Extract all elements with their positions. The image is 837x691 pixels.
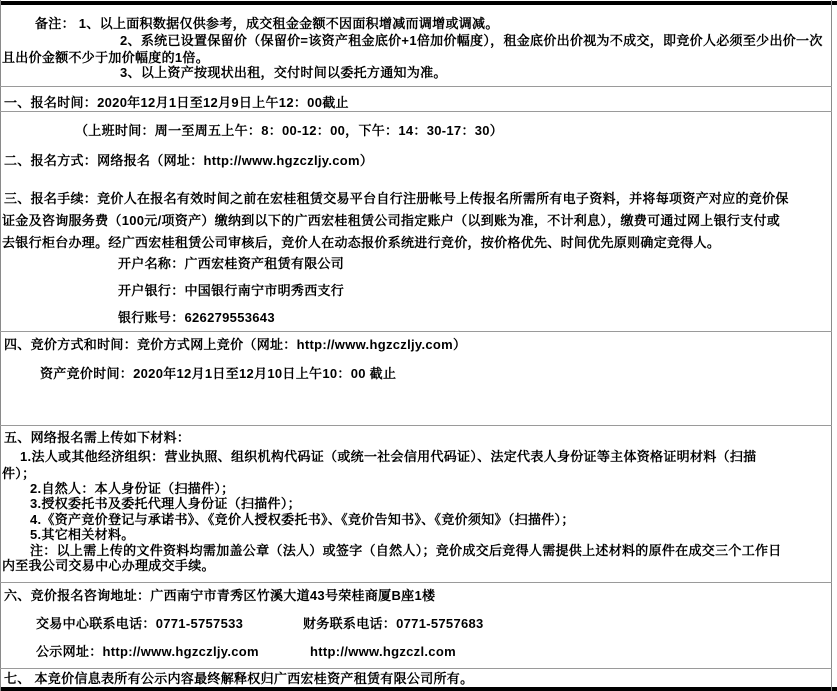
- materials-note-wrap: 内至我公司交易中心办理成交手续。: [2, 559, 215, 573]
- materials-item-5: 5.其它相关材料。: [30, 528, 135, 542]
- office-hours: （上班时间：周一至周五上午：8：00-12：00，下午：14：30-17：30）: [75, 124, 503, 138]
- row-divider-notes: [0, 86, 832, 87]
- frame-left-border: [0, 0, 1, 691]
- trade-center-phone: 交易中心联系电话：0771-5757533: [36, 617, 243, 631]
- section-3-procedure-line-3: 去银行柜台办理。经广西宏桂租赁公司审核后，竞价人在动态报价系统进行竞价，按价格优…: [2, 236, 720, 250]
- materials-note: 注：以上需上传的文件资料均需加盖公章（法人）或签字（自然人）；竞价成交后竞得人需…: [30, 544, 782, 558]
- row-divider-consult: [0, 668, 832, 669]
- materials-item-3: 3.授权委托书及委托代理人身份证（扫描件）；: [30, 497, 301, 511]
- row-divider-procedure: [0, 331, 832, 332]
- bidding-notice-document: 备注： 1、以上面积数据仅供参考，成交租金金额不因面积增减而调增或调减。 2、系…: [0, 0, 837, 691]
- row-divider-signup-time: [0, 111, 832, 112]
- notes-line-2: 2、系统已设置保留价（保留价=该资产租金底价+1倍加价幅度），租金底价出价视为不…: [120, 34, 823, 48]
- frame-bottom-border: [0, 687, 837, 691]
- notes-line-1: 备注： 1、以上面积数据仅供参考，成交租金金额不因面积增减而调增或调减。: [35, 17, 499, 31]
- bank-name: 开户银行：中国银行南宁市明秀西支行: [118, 284, 344, 298]
- public-website-secondary: http://www.hgzczl.com: [310, 645, 456, 659]
- section-1-signup-time: 一、报名时间：2020年12月1日至12月9日上午12：00截止: [4, 96, 349, 110]
- materials-item-4: 4.《资产竞价登记与承诺书》、《竞价人授权委托书》、《竞价告知书》、《竞价须知》…: [30, 513, 575, 527]
- section-5-materials-title: 五、网络报名需上传如下材料：: [4, 431, 190, 445]
- notes-line-4: 3、以上资产按现状出租，交付时间以委托方通知为准。: [120, 66, 447, 80]
- public-website-primary: 公示网址：http://www.hgzczljy.com: [36, 645, 259, 659]
- frame-top-border: [0, 1, 837, 5]
- section-2-signup-method: 二、报名方式：网络报名（网址：http://www.hgzczljy.com）: [4, 154, 373, 168]
- row-divider-materials: [0, 582, 832, 583]
- notes-line-3: 且出价金额不少于加价幅度的1倍。: [2, 51, 209, 65]
- materials-item-2: 2.自然人：本人身份证（扫描件）；: [30, 482, 234, 496]
- section-7-final-interpretation: 七、 本竞价信息表所有公示内容最终解释权归广西宏桂资产租赁有限公司所有。: [4, 672, 473, 686]
- materials-item-1-wrap: 件）；: [2, 467, 35, 481]
- section-6-consult-address: 六、竞价报名咨询地址：广西南宁市青秀区竹溪大道43号荣桂商厦B座1楼: [4, 589, 435, 603]
- bank-account-name: 开户名称：广西宏桂资产租赁有限公司: [118, 257, 344, 271]
- frame-right-border: [831, 0, 832, 691]
- section-3-procedure-line-2: 证金及咨询服务费（100元/项资产）缴纳到以下的广西宏桂租赁公司指定账户（以到账…: [2, 214, 780, 228]
- bank-account-number: 银行账号：626279553643: [118, 311, 275, 325]
- section-4-bidding-method: 四、竞价方式和时间：竞价方式网上竞价（网址：http://www.hgzczlj…: [4, 338, 466, 352]
- materials-item-1: 1.法人或其他经济组织：营业执照、组织机构代码证（或统一社会信用代码证）、法定代…: [20, 450, 756, 464]
- finance-phone: 财务联系电话：0771-5757683: [303, 617, 484, 631]
- asset-bidding-time: 资产竞价时间：2020年12月1日至12月10日上午10：00 截止: [40, 367, 396, 381]
- row-divider-bidding: [0, 425, 832, 426]
- section-3-procedure-line-1: 三、报名手续：竞价人在报名有效时间之前在宏桂租赁交易平台自行注册帐号上传报名所需…: [4, 192, 789, 206]
